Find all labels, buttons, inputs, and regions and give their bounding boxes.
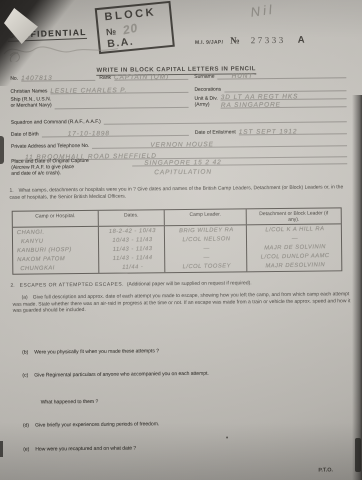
pencil-scribble-mark [0,31,130,62]
question-2a: (a)Give full description and approx. dat… [13,291,353,314]
christian-names-handwritten: LESLIE CHARLES P. [50,87,127,95]
question-2c-number: (c) [22,373,28,379]
question-2c-followup-text: What happened to them ? [41,399,99,406]
field-date-of-enlistment: Date of Enlistment 1ST SEPT 1912 [195,125,347,136]
scanned-document-photo: CONFIDENTIAL BLOCK № 20 B.A. M.I. 9/JAP/… [0,0,362,480]
question-2c-followup: What happened to them ? [41,399,99,406]
photo-left-edge-mark [0,136,4,164]
question-2c-text: Give Regimental particulars of anyone wh… [34,371,209,379]
question-2-heading: 2.ESCAPES OR ATTEMPTED ESCAPES. (Additio… [10,279,352,289]
nil-annotation: Nil [250,2,276,20]
form-content: CONFIDENTIAL BLOCK № 20 B.A. M.I. 9/JAP/… [0,0,362,480]
pto-footer: P.T.O. [318,467,333,473]
question-1: 1.What camps, detachments or hospitals w… [9,184,351,201]
unit-div-handwritten-line1: 3D LT AA REGT HKS [221,93,299,101]
rank-value-line: CAPTAIN (QM) [114,71,188,81]
dob-handwritten: 17-10-1898 [68,130,110,137]
dob-label: Date of Birth [11,131,39,137]
christian-names-label: Christian Names [10,88,47,94]
no-value-line: 1407813 [21,72,95,82]
camp-entry: CHUNGKAI [20,264,96,274]
form-paper: CONFIDENTIAL BLOCK № 20 B.A. M.I. 9/JAP/… [0,0,362,480]
column-dates: 18-2-42 - 10/43 10/43 - 11/43 11/43 - 11… [98,227,164,273]
ref-no-symbol: № [230,36,240,46]
question-2a-text: Give full description and approx. date o… [13,291,351,314]
field-christian-names: Christian Names LESLIE CHARLES P. [10,84,188,95]
question-2d-number: (d) [23,423,29,429]
field-unit-div: Unit & Div. (Army) 3D LT AA REGT HKS RA … [194,91,346,109]
field-number-rank: No. 1407813 Rank CAPTAIN (QM) [10,71,188,82]
capture-handwritten-line2: CAPITULATION [154,169,212,177]
rank-value-handwritten: CAPTAIN (QM) [114,74,169,82]
question-2d-text: Give briefly your experiences during per… [35,421,159,428]
header-detachment-leader: Detachment or Block Leader (if any). [246,208,341,224]
squadron-line [104,113,347,125]
question-2-number: 2. [10,283,14,289]
ref-prefix: M.I. 9/JAP/ [195,40,223,46]
ref-suffix-letter: A [298,35,305,46]
squadron-label: Squadron and Command (R.A.F., A.A.F.) [11,119,101,126]
field-squadron: Squadron and Command (R.A.F., A.A.F.) [11,113,347,126]
address-handwritten-line1: VERNON HOUSE [150,141,214,149]
field-original-capture: Place and Date of Original Capture (Airc… [11,156,347,178]
field-ship: Ship (R.N., U.S.N. or Merchant Navy) [11,96,189,109]
surname-label: Surname [194,74,214,80]
capture-handwritten-line1: SINGAPORE 15 2 42 [144,159,222,167]
enlistment-handwritten: 1ST SEPT 1912 [239,128,298,136]
question-2a-number: (a) [22,295,28,301]
address-line1: VERNON HOUSE [92,137,347,149]
question-1-text: What camps, detachments or hospitals wer… [10,184,344,200]
column-camps: CHANGI. KANYU KANBURI (HOSP) NAKOM PATOM… [13,227,98,273]
question-2b: (b)Were you physically fit when you made… [22,348,159,355]
question-2c: (c)Give Regimental particulars of anyone… [22,371,208,379]
question-2e-text: How were you recaptured and on what date… [35,445,136,452]
header-camp-leader: Camp Leader. [164,209,246,225]
rank-label: Rank [99,75,111,81]
block-leader-entry: MAJR DESOLVININ [251,261,339,272]
field-surname: Surname HUNT [194,69,346,80]
question-2e: (e)How were you recaptured and on what d… [23,445,136,452]
unit-div-handwritten-line2: RA SINGAPORE [221,101,281,109]
dob-line: 17-10-1898 [42,127,189,138]
christian-names-line: LESLIE CHARLES P. [50,84,188,94]
ship-label-line2: or Merchant Navy) [11,103,52,109]
column-block-leaders: L/COL K A HILL RA — MAJR DE SOLVININ L/C… [246,225,341,272]
reference-number-line: M.I. 9/JAP/ № 27333 A [195,35,305,47]
question-2b-number: (b) [22,350,28,356]
question-1-number: 1. [9,188,13,194]
no-label: No. [10,76,18,82]
address-label: Private Address and Telephone No. [11,143,89,150]
header-camp-or-hospital: Camp or Hospital. [13,211,98,227]
column-camp-leaders: BRIG WILDEY RA L/COL NELSON — — L/COL TO… [164,226,246,272]
photo-left-lower-mark [0,441,3,457]
enlistment-line: 1ST SEPT 1912 [239,125,347,135]
ship-line [55,99,189,109]
photo-right-edge-mark [355,438,361,472]
enlistment-label: Date of Enlistment [195,129,236,135]
surname-value-handwritten: HUNT [232,73,254,80]
leader-entry: L/COL TOOSEY [169,262,244,272]
field-date-of-birth: Date of Birth 17-10-1898 [11,127,189,138]
question-2-title: ESCAPES OR ATTEMPTED ESCAPES. [20,282,124,289]
camp-table: Camp or Hospital. Dates. Camp Leader. De… [12,207,343,274]
camp-table-body: CHANGI. KANYU KANBURI (HOSP) NAKOM PATOM… [13,225,341,274]
question-2b-text: Were you physically fit when you made th… [34,348,159,355]
header-dates: Dates. [98,210,164,226]
no-value-handwritten: 1407813 [21,75,53,82]
question-2-note: (Additional paper will be supplied on re… [127,280,252,287]
question-2e-number: (e) [23,447,29,453]
unit-div-label-line2: (Army) [195,103,218,109]
capture-label-line3: and date of a/c crash). [11,170,129,177]
ref-number-stamped: 27333 [251,35,286,45]
surname-value-line: HUNT [218,69,347,79]
paper-speck [226,437,228,439]
dates-entry: 11/44 - [103,263,162,273]
question-2d: (d)Give briefly your experiences during … [23,421,159,428]
